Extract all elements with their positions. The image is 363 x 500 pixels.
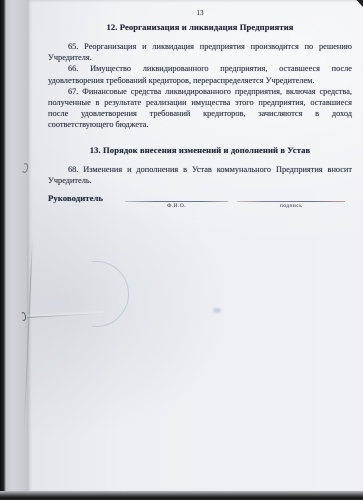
scanned-document: 13 12. Реорганизация и ликвидация Предпр… <box>0 0 363 500</box>
signature-sign-field: подпись <box>237 201 345 210</box>
ink-smudge <box>213 308 221 313</box>
paragraph-65: 65. Реорганизация и ликвидация предприят… <box>48 41 352 63</box>
paragraph-68: 68. Изменения и дополнения в Устав комму… <box>48 164 352 186</box>
scan-left-edge <box>0 0 6 494</box>
signature-role-label: Руководитель <box>48 194 125 203</box>
signature-block: Руководитель Ф.И.О. подпись <box>48 194 352 209</box>
faint-stamp-circle <box>63 261 129 327</box>
section-12-title: 12. Реорганизация и ликвидация Предприят… <box>48 22 352 32</box>
section-13-title: 13. Порядок внесения изменений и дополне… <box>48 145 352 155</box>
signature-fio-caption: Ф.И.О. <box>125 203 228 209</box>
paragraph-66: 66. Имущество ликвидированного предприят… <box>48 63 352 85</box>
signature-fio-field: Ф.И.О. <box>125 201 228 210</box>
page-number: 13 <box>48 9 352 17</box>
scan-bottom-edge <box>0 491 363 500</box>
signature-line-fio <box>125 201 228 202</box>
document-page: 13 12. Реорганизация и ликвидация Предпр… <box>27 0 363 493</box>
signature-sign-caption: подпись <box>237 203 345 209</box>
signature-line-sign <box>237 201 345 202</box>
paragraph-67: 67. Финансовые средства ликвидированного… <box>48 86 352 131</box>
paper-fold-line <box>27 313 103 318</box>
